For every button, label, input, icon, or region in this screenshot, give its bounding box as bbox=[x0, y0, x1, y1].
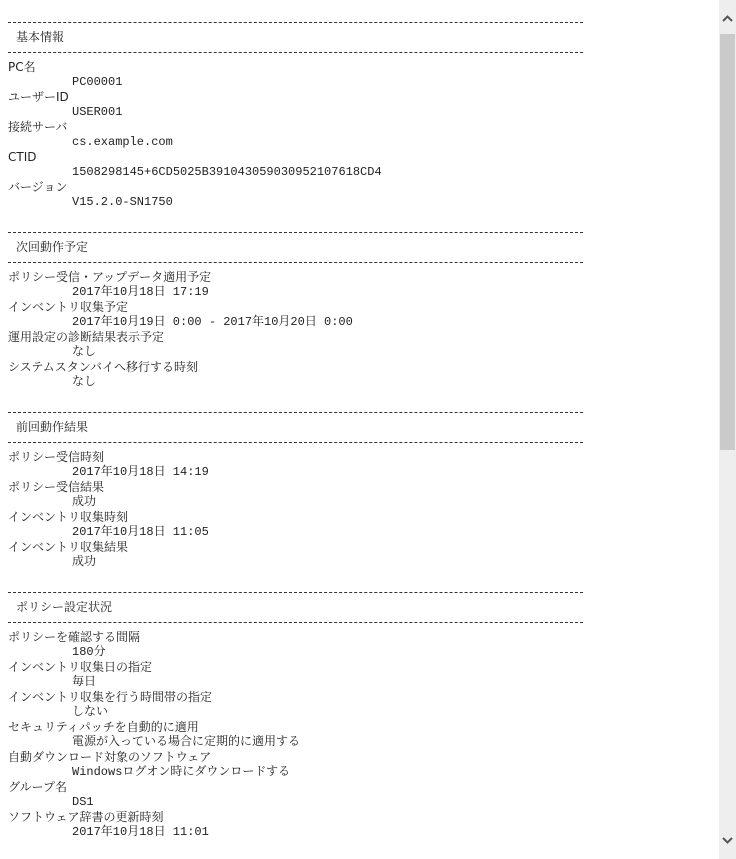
item-value: 2017年10月18日 17:19 bbox=[0, 285, 718, 300]
item-value: 180分 bbox=[0, 645, 718, 660]
item-value: なし bbox=[0, 375, 718, 390]
item-label: ソフトウェア辞書の更新時刻 bbox=[0, 810, 718, 825]
spacer bbox=[0, 390, 718, 405]
section-basic-info: 基本情報 PC名 PC00001 ユーザーID USER001 接続サーバ cs… bbox=[0, 15, 718, 210]
separator bbox=[0, 15, 718, 30]
separator bbox=[0, 615, 718, 630]
separator bbox=[0, 435, 718, 450]
item-value: PC00001 bbox=[0, 75, 718, 90]
item-label: ポリシー受信・アップデータ適用予定 bbox=[0, 270, 718, 285]
item-value: 2017年10月18日 11:01 bbox=[0, 825, 718, 840]
item-value: 成功 bbox=[0, 495, 718, 510]
item-label: 接続サーバ bbox=[0, 120, 718, 135]
item-value: cs.example.com bbox=[0, 135, 718, 150]
item-value: V15.2.0-SN1750 bbox=[0, 195, 718, 210]
item-value: DS1 bbox=[0, 795, 718, 810]
item-value: しない bbox=[0, 705, 718, 720]
item-label: システムスタンバイへ移行する時刻 bbox=[0, 360, 718, 375]
item-label: インベントリ収集結果 bbox=[0, 540, 718, 555]
vertical-scrollbar[interactable] bbox=[719, 0, 736, 859]
spacer bbox=[0, 570, 718, 585]
item-value: 毎日 bbox=[0, 675, 718, 690]
item-label: インベントリ収集時刻 bbox=[0, 510, 718, 525]
separator bbox=[0, 585, 718, 600]
scroll-down-button[interactable] bbox=[719, 832, 736, 849]
item-value: なし bbox=[0, 345, 718, 360]
item-label: グループ名 bbox=[0, 780, 718, 795]
separator bbox=[0, 405, 718, 420]
section-policy-settings: ポリシー設定状況 ポリシーを確認する間隔 180分 インベントリ収集日の指定 毎… bbox=[0, 585, 718, 840]
item-label: 自動ダウンロード対象のソフトウェア bbox=[0, 750, 718, 765]
section-title: ポリシー設定状況 bbox=[0, 600, 718, 615]
item-value: 1508298145+6CD5025B391043059030952107618… bbox=[0, 165, 718, 180]
item-value: 2017年10月18日 14:19 bbox=[0, 465, 718, 480]
section-title: 前回動作結果 bbox=[0, 420, 718, 435]
item-value: 電源が入っている場合に定期的に適用する bbox=[0, 735, 718, 750]
item-label: ユーザーID bbox=[0, 90, 718, 105]
item-label: ポリシー受信時刻 bbox=[0, 450, 718, 465]
item-label: ポリシー受信結果 bbox=[0, 480, 718, 495]
chevron-up-icon bbox=[722, 15, 733, 22]
item-label: CTID bbox=[0, 150, 718, 165]
item-label: PC名 bbox=[0, 60, 718, 75]
item-value: USER001 bbox=[0, 105, 718, 120]
separator bbox=[0, 45, 718, 60]
item-label: セキュリティパッチを自動的に適用 bbox=[0, 720, 718, 735]
scroll-thumb[interactable] bbox=[720, 34, 735, 450]
item-label: 運用設定の診断結果表示予定 bbox=[0, 330, 718, 345]
item-label: インベントリ収集を行う時間帯の指定 bbox=[0, 690, 718, 705]
section-next-schedule: 次回動作予定 ポリシー受信・アップデータ適用予定 2017年10月18日 17:… bbox=[0, 225, 718, 390]
chevron-down-icon bbox=[722, 837, 733, 844]
section-last-results: 前回動作結果 ポリシー受信時刻 2017年10月18日 14:19 ポリシー受信… bbox=[0, 405, 718, 570]
item-label: ポリシーを確認する間隔 bbox=[0, 630, 718, 645]
separator bbox=[0, 255, 718, 270]
report-content: 基本情報 PC名 PC00001 ユーザーID USER001 接続サーバ cs… bbox=[0, 0, 718, 859]
section-title: 基本情報 bbox=[0, 30, 718, 45]
item-value: 成功 bbox=[0, 555, 718, 570]
item-label: バージョン bbox=[0, 180, 718, 195]
section-title: 次回動作予定 bbox=[0, 240, 718, 255]
separator bbox=[0, 225, 718, 240]
spacer bbox=[0, 210, 718, 225]
item-label: インベントリ収集予定 bbox=[0, 300, 718, 315]
item-value: Windowsログオン時にダウンロードする bbox=[0, 765, 718, 780]
item-label: インベントリ収集日の指定 bbox=[0, 660, 718, 675]
scroll-up-button[interactable] bbox=[719, 10, 736, 27]
item-value: 2017年10月18日 11:05 bbox=[0, 525, 718, 540]
top-spacer bbox=[0, 0, 718, 15]
item-value: 2017年10月19日 0:00 - 2017年10月20日 0:00 bbox=[0, 315, 718, 330]
